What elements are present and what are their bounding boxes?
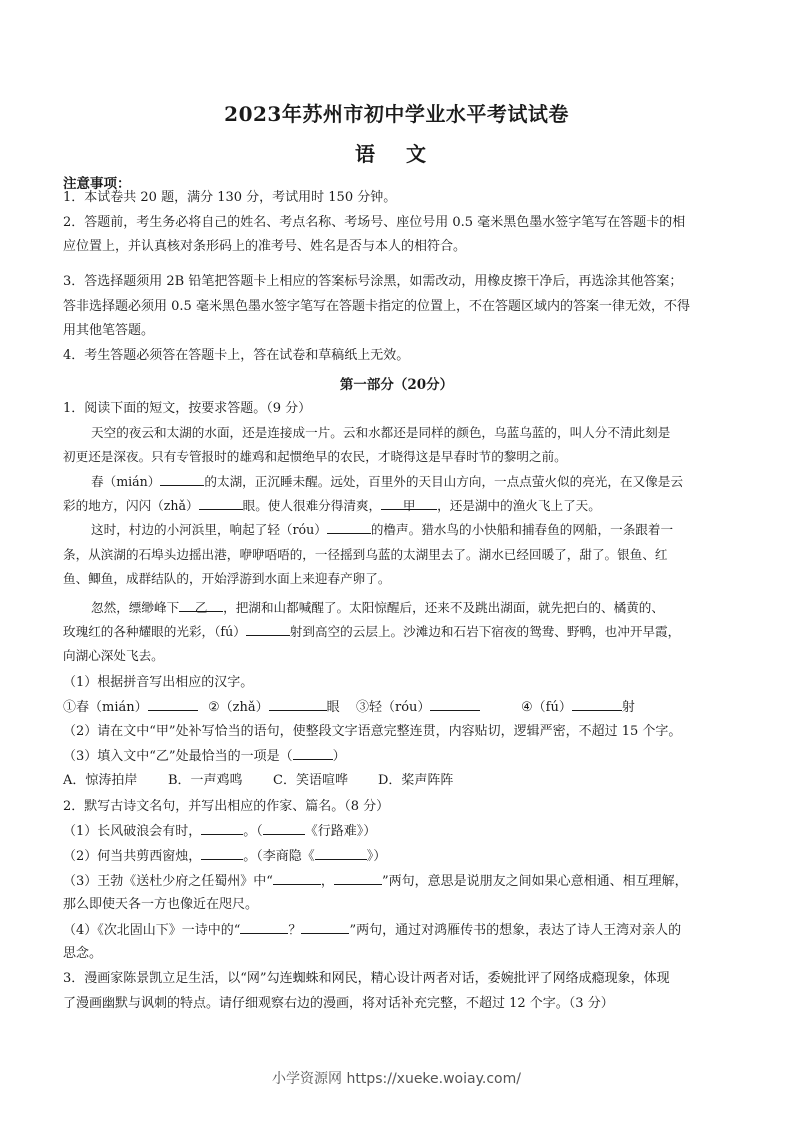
- answer-blank[interactable]: [572, 696, 622, 711]
- passage-line: 彩的地方，闪闪（zhǎ）眼。使人很难分得清爽，甲，还是湖中的渔火飞上了天。: [63, 495, 601, 517]
- answer-blank[interactable]: [293, 745, 333, 760]
- answer-blank-zha[interactable]: [199, 495, 243, 510]
- passage-line: 玫瑰红的各种耀眼的光彩，（fú）射到高空的云层上。沙滩边和石岩下宿夜的鸳鸯、野鸭…: [63, 621, 680, 643]
- exam-title: 2023年苏州市初中学业水平考试试卷: [0, 98, 793, 127]
- passage-text: 射到高空的云层上。沙滩边和石岩下宿夜的鸳鸯、野鸭，也冲开早霞，: [290, 624, 680, 639]
- passage-text: 的橹声。猎水鸟的小快船和捕春鱼的网船，一条跟着一: [371, 522, 673, 537]
- option-c[interactable]: C．笑语喧哗: [273, 770, 378, 792]
- subquestion-2: （2）请在文中“甲”处补写恰当的语句，使整段文字语意完整连贯，内容贴切，逻辑严密…: [63, 721, 681, 743]
- q2-item-4: （4）《次北固山下》一诗中的“？”两句，通过对鸿雁传书的想象，表达了诗人王湾对亲…: [63, 919, 681, 942]
- exam-subject: 语 文: [0, 138, 793, 167]
- passage-line: 鱼、鲫鱼，成群结队的，开始浮游到水面上来迎春产卵了。: [63, 568, 390, 590]
- answer-blank[interactable]: [201, 845, 243, 860]
- pinyin-item: ③轻（róu）: [356, 696, 521, 719]
- answer-blank[interactable]: [273, 870, 321, 885]
- answer-blank[interactable]: [315, 845, 367, 860]
- passage-text: 忽然，缥缈峰下: [91, 600, 179, 615]
- passage-text: 春（mián）: [91, 474, 160, 489]
- question-2-stem: 2．默写古诗文名句，并写出相应的作家、篇名。（8 分）: [63, 796, 389, 818]
- notice-item: 4．考生答题必须答在答题卡上，答在试卷和草稿纸上无效。: [63, 345, 409, 367]
- notice-item: 答非选择题必须用 0.5 毫米黑色墨水签字笔写在答题卡指定的位置上，不在答题区域…: [63, 296, 690, 318]
- watermark-footer: 小学资源网 https://xueke.woiay.com/: [0, 1068, 793, 1088]
- passage-text: 的太湖，正沉睡未醒。远处，百里外的天目山方向，一点点萤火似的亮光，在又像是云: [204, 474, 683, 489]
- answer-blank[interactable]: [201, 820, 243, 835]
- notice-item: 应位置上，并认真核对条形码上的准考号、姓名是否与本人的相符合。: [63, 236, 466, 258]
- answer-blank[interactable]: [269, 696, 327, 711]
- q2-item-2: （2）何当共剪西窗烛，。（李商隐《》）: [63, 845, 386, 868]
- passage-line: 天空的夜云和太湖的水面，还是连接成一片。云和水都还是同样的颜色，乌蓝乌蓝的，叫人…: [91, 422, 670, 444]
- passage-line: 春（mián）的太湖，正沉睡未醒。远处，百里外的天目山方向，一点点萤火似的亮光，…: [91, 471, 683, 493]
- option-d[interactable]: D．桨声阵阵: [378, 770, 453, 792]
- q2-item-3-cont: 那么即使天各一方也像近在咫尺。: [63, 894, 258, 916]
- subquestion-3: （3）填入文中“乙”处最恰当的一项是（）: [63, 745, 346, 768]
- pinyin-item: ②（zhǎ）眼: [208, 696, 356, 719]
- answer-blank-fu[interactable]: [246, 621, 290, 636]
- answer-blank[interactable]: [263, 820, 305, 835]
- notice-item: 用其他笔答题。: [63, 320, 154, 342]
- option-a[interactable]: A．惊涛拍岸: [63, 770, 168, 792]
- passage-line: 这时，村边的小河浜里，响起了轻（róu）的橹声。猎水鸟的小快船和捕春鱼的网船，一…: [91, 519, 673, 541]
- passage-text: 这时，村边的小河浜里，响起了轻（róu）: [91, 522, 327, 537]
- pinyin-item: ④（fú）射: [521, 696, 635, 719]
- answer-blank[interactable]: [301, 919, 349, 934]
- answer-blank-mian[interactable]: [160, 471, 204, 486]
- answer-blank-rou[interactable]: [327, 519, 371, 534]
- passage-text: 眼。使人很难分得清爽，: [243, 498, 382, 513]
- subquestion-1-stem: （1）根据拼音写出相应的汉字。: [63, 672, 253, 694]
- passage-line: 条，从滨湖的石埠头边摇出港，咿咿唔唔的，一径摇到乌蓝的太湖里去了。湖水已经回暖了…: [63, 544, 668, 566]
- exam-page: 2023年苏州市初中学业水平考试试卷 语 文 注意事项： 1．本试卷共 20 题…: [0, 0, 793, 1122]
- passage-text: 玫瑰红的各种耀眼的光彩，（fú）: [63, 624, 246, 639]
- notice-item: 3．答选择题须用 2B 铅笔把答题卡上相应的答案标号涂黑，如需改动，用橡皮擦干净…: [63, 271, 682, 293]
- question-3-line: 了漫画幽默与讽刺的特点。请仔细观察右边的漫画，将对话补充完整，不超过 12 个字…: [63, 993, 614, 1015]
- q2-item-4-cont: 思念。: [63, 943, 102, 965]
- answer-blank-yi[interactable]: 乙: [179, 597, 223, 612]
- option-b[interactable]: B．一声鸡鸣: [168, 770, 273, 792]
- notice-item: 2．答题前，考生务必将自己的姓名、考点名称、考场号、座位号用 0.5 毫米黑色墨…: [63, 212, 685, 234]
- answer-blank-jia[interactable]: 甲: [381, 495, 437, 510]
- passage-text: ，把湖和山都喊醒了。太阳惊醒后，还来不及跳出湖面，就先把白的、橘黄的、: [223, 600, 664, 615]
- passage-text: 彩的地方，闪闪（zhǎ）: [63, 498, 199, 513]
- passage-line: 忽然，缥缈峰下乙，把湖和山都喊醒了。太阳惊醒后，还来不及跳出湖面，就先把白的、橘…: [91, 597, 664, 619]
- notice-item: 1．本试卷共 20 题，满分 130 分，考试用时 150 分钟。: [63, 187, 396, 209]
- pinyin-item: ①春（mián）: [63, 696, 208, 719]
- answer-blank[interactable]: [334, 870, 382, 885]
- section-title: 第一部分（20分）: [0, 373, 793, 393]
- q2-item-3: （3）王勃《送杜少府之任蜀州》中“，”两句，意思是说朋友之间如果心意相通、相互理…: [63, 870, 688, 893]
- answer-blank[interactable]: [148, 696, 198, 711]
- question-1-stem: 1．阅读下面的短文，按要求答题。（9 分）: [63, 398, 311, 420]
- subquestion-1-items: ①春（mián）②（zhǎ）眼③轻（róu）④（fú）射: [63, 696, 635, 719]
- q2-item-1: （1）长风破浪会有时，。（《行路难》）: [63, 820, 376, 843]
- passage-line: 初更还是深夜。只有专管报时的雄鸡和起惯绝早的农民，才晓得这是早春时节的黎明之前。: [63, 446, 567, 468]
- answer-blank[interactable]: [430, 696, 480, 711]
- answer-blank[interactable]: [240, 919, 288, 934]
- passage-text: ，还是湖中的渔火飞上了天。: [437, 498, 601, 513]
- subquestion-3-options: A．惊涛拍岸B．一声鸡鸣C．笑语喧哗D．桨声阵阵: [63, 770, 453, 792]
- passage-line: 向湖心深处飞去。: [63, 645, 164, 667]
- question-3-line: 3．漫画家陈景凯立足生活，以“网”勾连蜘蛛和网民，精心设计两者对话，委婉批评了网…: [63, 968, 670, 990]
